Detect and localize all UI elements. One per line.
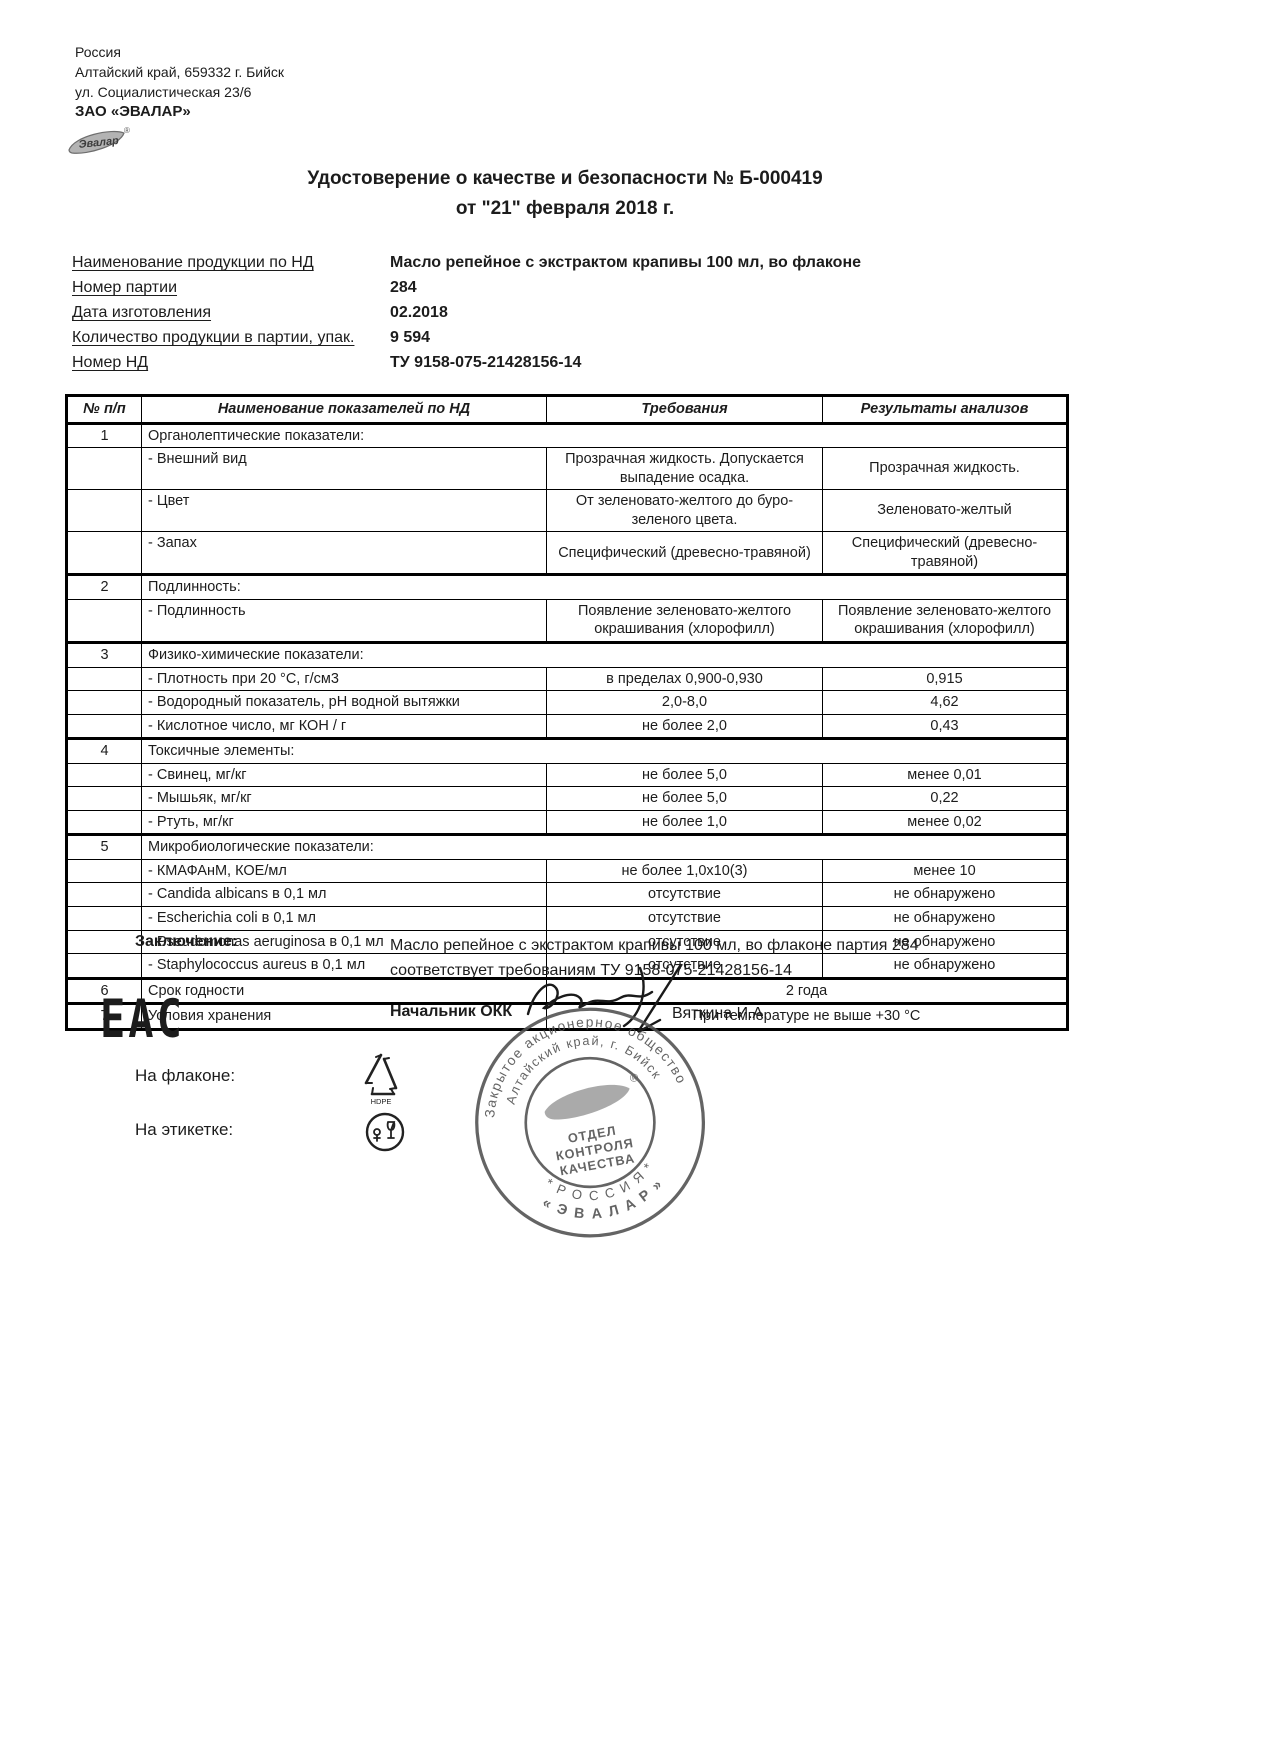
label-symbol-figure-body (374, 1135, 380, 1141)
company-country: Россия (75, 42, 284, 62)
label-symbol-glass (388, 1122, 395, 1138)
table-cell: Токсичные элементы: (142, 739, 1068, 764)
quality-control-stamp: Закрытое акционерное общество Алтайский … (448, 981, 733, 1270)
hdpe-recycling-icon: HDPE (356, 1050, 406, 1111)
table-cell: отсутствие (547, 907, 823, 931)
table-cell: - Candida albicans в 0,1 мл (142, 883, 547, 907)
conclusion-line1: Масло репейное с экстрактом крапивы 100 … (390, 933, 1010, 958)
on-bottle-label: На флаконе: (135, 1066, 235, 1086)
label-symbol-circle (367, 1114, 403, 1150)
table-cell: не обнаружено (823, 883, 1068, 907)
field-value: ТУ 9158-075-21428156-14 (390, 354, 1032, 372)
field-label: Наименование продукции по НД (72, 254, 390, 272)
eac-mark-icon: ЕАС (100, 988, 185, 1049)
table-cell: Микробиологические показатели: (142, 835, 1068, 860)
table-cell: От зеленовато-желтого до буро-зеленого ц… (547, 490, 823, 532)
table-cell: не более 2,0 (547, 714, 823, 739)
table-cell: - КМАФАнМ, КОЕ/мл (142, 859, 547, 883)
table-cell: не более 1,0х10(3) (547, 859, 823, 883)
table-cell (67, 763, 142, 787)
table-section-row: 2Подлинность: (67, 575, 1068, 600)
field-row: Номер НДТУ 9158-075-21428156-14 (72, 354, 1032, 372)
table-cell: 0,22 (823, 787, 1068, 811)
table-cell: менее 0,01 (823, 763, 1068, 787)
table-section-row: 5Микробиологические показатели: (67, 835, 1068, 860)
title-line1: Удостоверение о качестве и безопасности … (65, 164, 1065, 194)
table-cell: Специфический (древесно-травяной) (547, 532, 823, 575)
table-section-row: 1Органолептические показатели: (67, 423, 1068, 448)
table-cell: отсутствие (547, 883, 823, 907)
field-value: 284 (390, 279, 1032, 297)
table-cell: в пределах 0,900-0,930 (547, 667, 823, 691)
company-header: Россия Алтайский край, 659332 г. Бийск у… (75, 42, 284, 122)
table-cell (67, 599, 142, 642)
field-row: Количество продукции в партии, упак.9 59… (72, 329, 1032, 347)
table-header-row: № п/п Наименование показателей по НД Тре… (67, 396, 1068, 424)
table-cell: Появление зеленовато-желтого окрашивания… (823, 599, 1068, 642)
table-cell: не более 5,0 (547, 787, 823, 811)
table-cell (67, 907, 142, 931)
table-item-row: - Водородный показатель, pH водной вытяж… (67, 691, 1068, 715)
header-indicator: Наименование показателей по НД (142, 396, 547, 424)
field-row: Номер партии284 (72, 279, 1032, 297)
table-cell: 0,43 (823, 714, 1068, 739)
table-cell: - Плотность при 20 °С, г/см3 (142, 667, 547, 691)
table-cell: - Запах (142, 532, 547, 575)
hdpe-code-text: HDPE (371, 1097, 392, 1106)
table-cell (67, 787, 142, 811)
table-item-row: - Candida albicans в 0,1 млотсутствиене … (67, 883, 1068, 907)
table-cell: - Водородный показатель, pH водной вытяж… (142, 691, 547, 715)
document-page: Россия Алтайский край, 659332 г. Бийск у… (0, 0, 1273, 1754)
label-symbol-figure-head (374, 1129, 380, 1135)
table-cell: - Кислотное число, мг КОН / г (142, 714, 547, 739)
field-label: Количество продукции в партии, упак. (72, 329, 390, 347)
table-cell: Специфический (древесно-травяной) (823, 532, 1068, 575)
field-row: Наименование продукции по НДМасло репейн… (72, 254, 1032, 272)
table-item-row: - ПодлинностьПоявление зеленовато-желтог… (67, 599, 1068, 642)
table-cell (67, 490, 142, 532)
table-cell: 4 (67, 739, 142, 764)
label-symbol-icon (362, 1108, 408, 1163)
field-row: Дата изготовления02.2018 (72, 304, 1032, 322)
company-address-line1: Алтайский край, 659332 г. Бийск (75, 62, 284, 82)
table-cell: - Мышьяк, мг/кг (142, 787, 547, 811)
field-value: Масло репейное с экстрактом крапивы 100 … (390, 254, 1032, 272)
field-value: 02.2018 (390, 304, 1032, 322)
table-cell: Подлинность: (142, 575, 1068, 600)
table-cell (67, 859, 142, 883)
table-cell (67, 532, 142, 575)
company-address-line2: ул. Социалистическая 23/6 (75, 82, 284, 102)
table-cell (67, 883, 142, 907)
table-item-row: - Мышьяк, мг/кгне более 5,00,22 (67, 787, 1068, 811)
table-cell: Физико-химические показатели: (142, 643, 1068, 668)
table-cell: 2,0-8,0 (547, 691, 823, 715)
table-cell: не более 1,0 (547, 810, 823, 835)
header-num: № п/п (67, 396, 142, 424)
header-requirements: Требования (547, 396, 823, 424)
company-name: ЗАО «ЭВАЛАР» (75, 102, 284, 122)
table-cell: Прозрачная жидкость. Допускается выпаден… (547, 448, 823, 490)
field-label: Номер партии (72, 279, 390, 297)
table-section-row: 4Токсичные элементы: (67, 739, 1068, 764)
stamp-leaf-logo (542, 1081, 633, 1123)
table-item-row: - ЦветОт зеленовато-желтого до буро-зеле… (67, 490, 1068, 532)
conclusion-label: Заключение: (135, 933, 237, 951)
table-cell: 5 (67, 835, 142, 860)
table-cell: менее 0,02 (823, 810, 1068, 835)
table-item-row: - КМАФАнМ, КОЕ/млне более 1,0х10(3)менее… (67, 859, 1068, 883)
on-label-label: На этикетке: (135, 1120, 233, 1140)
table-item-row: - Ртуть, мг/кгне более 1,0менее 0,02 (67, 810, 1068, 835)
table-section-row: 3Физико-химические показатели: (67, 643, 1068, 668)
stamp-reg-mark: ® (629, 1072, 640, 1085)
evalar-logo-icon: Эвалар ® (66, 124, 134, 167)
table-cell (67, 714, 142, 739)
table-cell: Зеленовато-желтый (823, 490, 1068, 532)
table-cell (67, 691, 142, 715)
table-cell: 4,62 (823, 691, 1068, 715)
table-cell (67, 954, 142, 979)
table-cell: - Внешний вид (142, 448, 547, 490)
table-cell (67, 448, 142, 490)
table-cell: 2 (67, 575, 142, 600)
table-cell: не обнаружено (823, 907, 1068, 931)
title-line2: от "21" февраля 2018 г. (65, 194, 1065, 224)
table-cell (67, 810, 142, 835)
field-value: 9 594 (390, 329, 1032, 347)
table-cell: Появление зеленовато-желтого окрашивания… (547, 599, 823, 642)
table-item-row: - ЗапахСпецифический (древесно-травяной)… (67, 532, 1068, 575)
table-cell: Прозрачная жидкость. (823, 448, 1068, 490)
field-label: Дата изготовления (72, 304, 390, 322)
field-label: Номер НД (72, 354, 390, 372)
table-item-row: - Плотность при 20 °С, г/см3в пределах 0… (67, 667, 1068, 691)
table-item-row: - Внешний видПрозрачная жидкость. Допуск… (67, 448, 1068, 490)
table-item-row: - Свинец, мг/кгне более 5,0менее 0,01 (67, 763, 1068, 787)
table-cell: 1 (67, 423, 142, 448)
product-fields: Наименование продукции по НДМасло репейн… (72, 254, 1032, 379)
document-title: Удостоверение о качестве и безопасности … (65, 164, 1065, 224)
logo-reg-mark: ® (124, 126, 130, 135)
table-cell: не более 5,0 (547, 763, 823, 787)
header-results: Результаты анализов (823, 396, 1068, 424)
table-cell (67, 667, 142, 691)
table-cell: - Ртуть, мг/кг (142, 810, 547, 835)
table-cell: - Подлинность (142, 599, 547, 642)
table-cell: - Цвет (142, 490, 547, 532)
table-cell: - Escherichia coli в 0,1 мл (142, 907, 547, 931)
table-cell: 0,915 (823, 667, 1068, 691)
table-cell: - Свинец, мг/кг (142, 763, 547, 787)
table-cell: Органолептические показатели: (142, 423, 1068, 448)
table-item-row: - Кислотное число, мг КОН / гне более 2,… (67, 714, 1068, 739)
table-cell (67, 930, 142, 954)
table-cell: 3 (67, 643, 142, 668)
table-item-row: - Escherichia coli в 0,1 млотсутствиене … (67, 907, 1068, 931)
table-cell: менее 10 (823, 859, 1068, 883)
